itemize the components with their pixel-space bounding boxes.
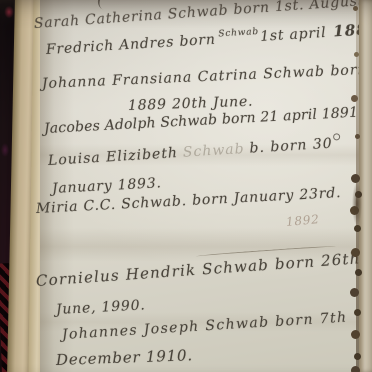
torn-edge-dark-cluster [352,182,362,226]
torn-page-edge-right [359,0,372,372]
register-page-photo: Sarah Catherina Schwab born 1st. August … [0,0,372,372]
flourish-mark [333,133,340,140]
torn-edge-specks [353,6,358,11]
record-miria-pencil-year: 1892 [285,212,320,229]
record-fredrich-inserted-surname: Schwab [218,27,259,39]
